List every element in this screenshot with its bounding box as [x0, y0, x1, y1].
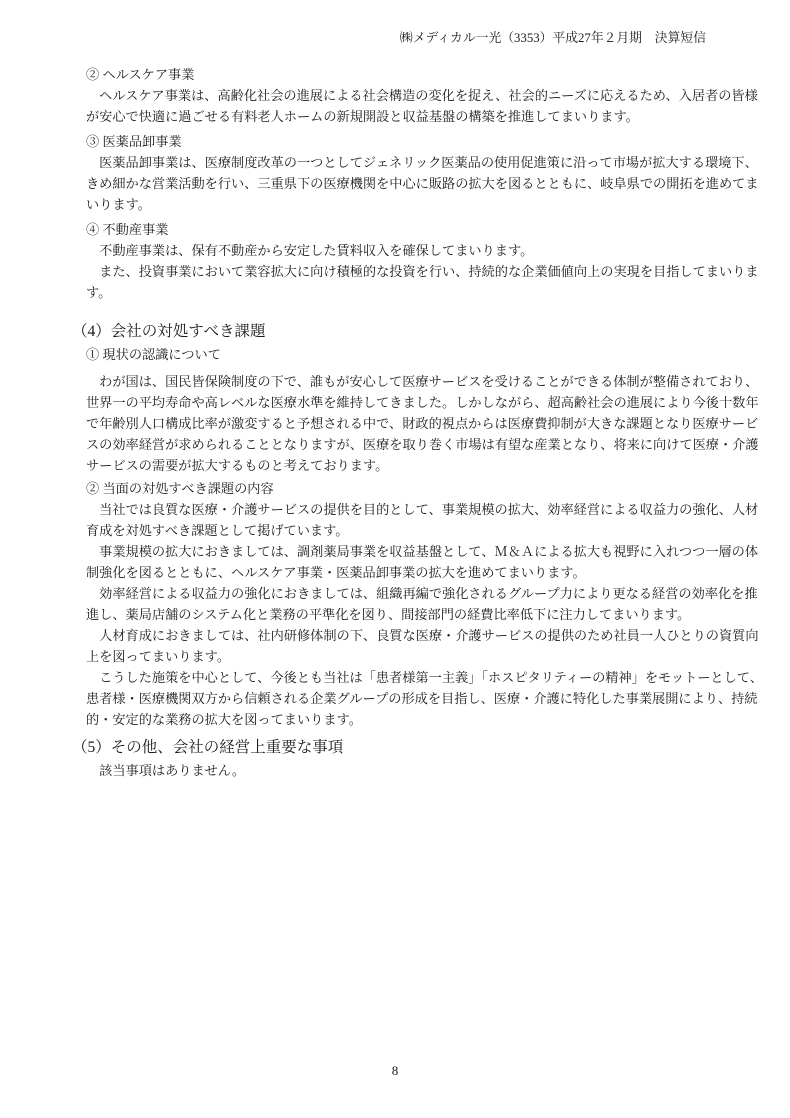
- section-5-heading: （5）その他、会社の経営上重要な事項: [72, 735, 724, 760]
- section-healthcare-heading: ② ヘルスケア事業: [86, 64, 724, 85]
- document-page: ㈱メディカル一光（3353）平成27年２月期 決算短信 ② ヘルスケア事業 ヘル…: [0, 0, 790, 1118]
- section-pharma-wholesale-body: 医薬品卸事業は、医療制度改革の一つとしてジェネリック医薬品の使用促進策に沿って市…: [86, 152, 724, 215]
- section-pharma-wholesale: ③ 医薬品卸事業 医薬品卸事業は、医療制度改革の一つとしてジェネリック医薬品の使…: [86, 131, 724, 215]
- section-4-sub-1-body: わが国は、国民皆保険制度の下で、誰もが安心して医療サービスを受けることができる体…: [86, 371, 724, 476]
- section-4-sub-1-heading: ① 現状の認識について: [86, 344, 724, 365]
- section-pharma-wholesale-heading: ③ 医薬品卸事業: [86, 131, 724, 152]
- section-real-estate: ④ 不動産事業 不動産事業は、保有不動産から安定した賃料収入を確保してまいります…: [86, 219, 724, 303]
- section-4-heading: （4）会社の対処すべき課題: [72, 319, 724, 344]
- section-4-sub-2-heading: ② 当面の対処すべき課題の内容: [86, 478, 724, 499]
- section-4-sub-2: ② 当面の対処すべき課題の内容 当社では良質な医療・介護サービスの提供を目的とし…: [86, 478, 724, 730]
- section-healthcare-body: ヘルスケア事業は、高齢化社会の進展による社会構造の変化を捉え、社会的ニーズに応え…: [86, 85, 724, 127]
- section-4-sub-2-body: 当社では良質な医療・介護サービスの提供を目的として、事業規模の拡大、効率経営によ…: [86, 499, 724, 730]
- document-header: ㈱メディカル一光（3353）平成27年２月期 決算短信: [400, 31, 706, 46]
- section-healthcare: ② ヘルスケア事業 ヘルスケア事業は、高齢化社会の進展による社会構造の変化を捉え…: [86, 64, 724, 127]
- section-5-block: 該当事項はありません。: [86, 760, 724, 781]
- section-real-estate-heading: ④ 不動産事業: [86, 219, 724, 240]
- document-content: ② ヘルスケア事業 ヘルスケア事業は、高齢化社会の進展による社会構造の変化を捉え…: [72, 64, 724, 781]
- section-5-body: 該当事項はありません。: [86, 760, 724, 781]
- page-number: 8: [0, 1063, 790, 1079]
- section-real-estate-body: 不動産事業は、保有不動産から安定した賃料収入を確保してまいります。 また、投資事…: [86, 240, 724, 303]
- section-4-sub-1: ① 現状の認識について わが国は、国民皆保険制度の下で、誰もが安心して医療サービ…: [86, 344, 724, 476]
